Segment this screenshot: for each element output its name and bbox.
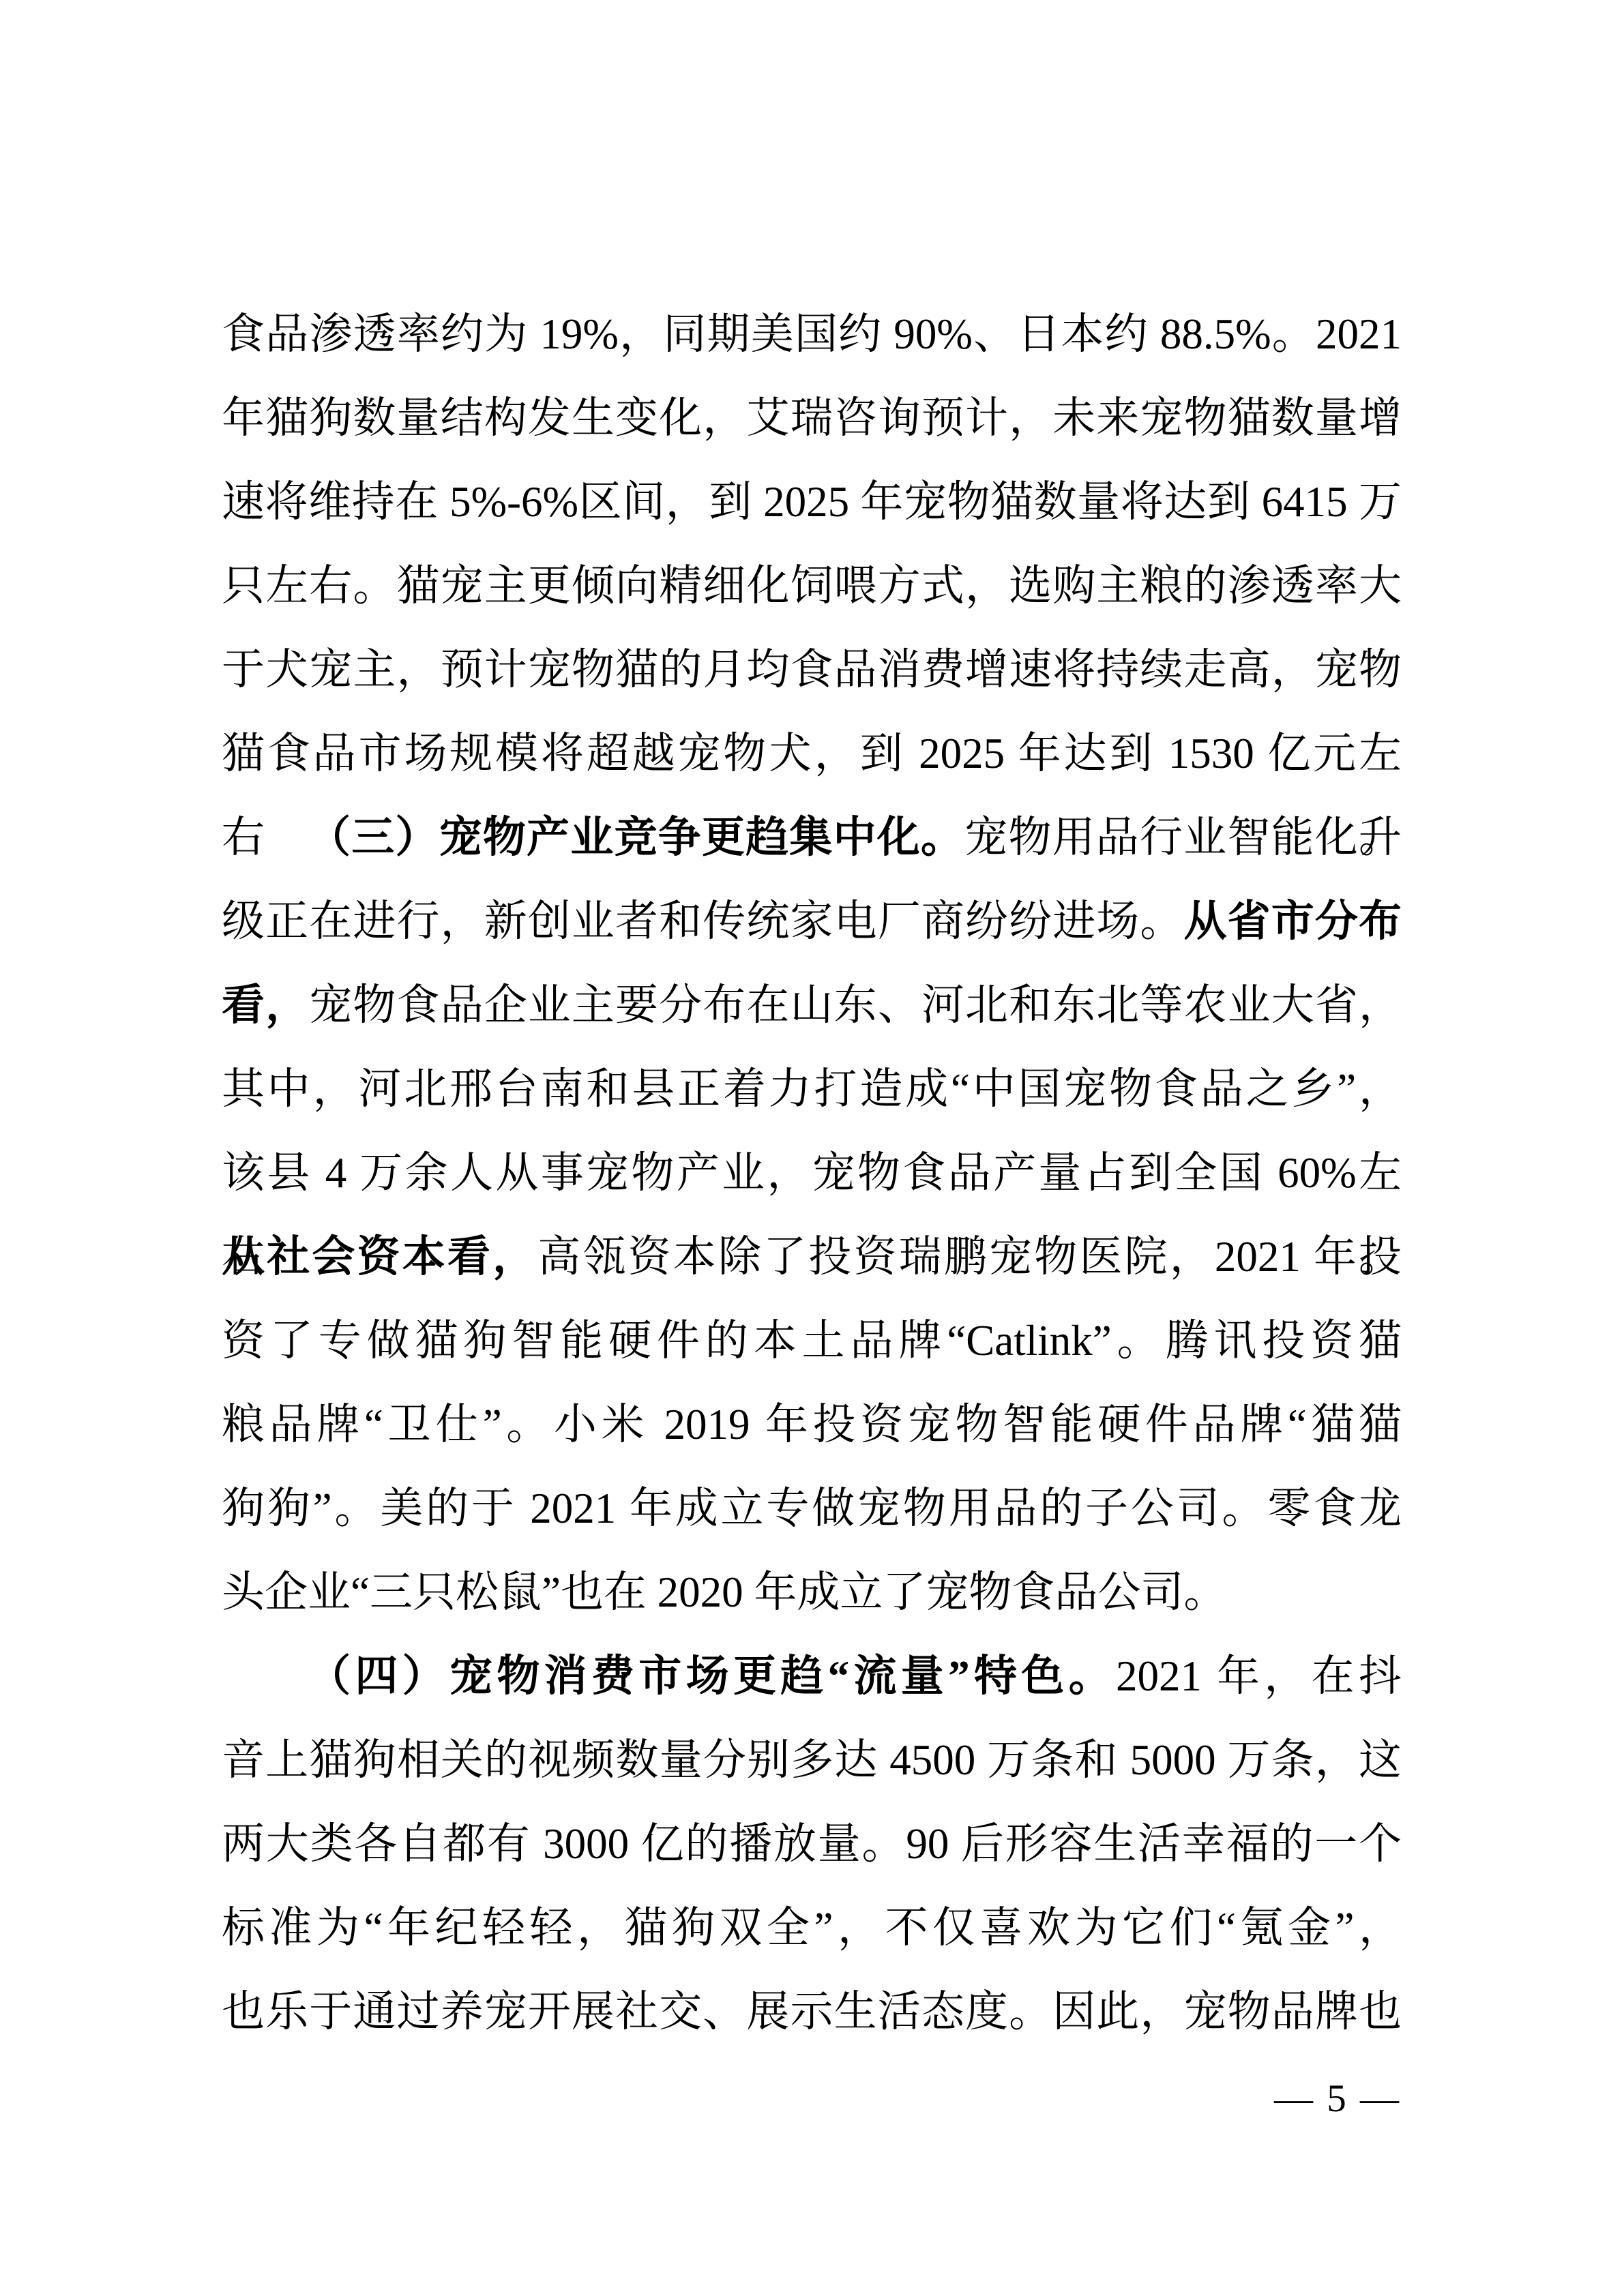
text-segment: 级正在进行，新创业者和传统家电厂商纷纷进场。 bbox=[222, 897, 1184, 945]
document-lines: 食品渗透率约为 19%，同期美国约 90%、日本约 88.5%。2021年猫狗数… bbox=[222, 293, 1402, 2054]
text-line: 年猫狗数量结构发生变化，艾瑞咨询预计，未来宠物猫数量增 bbox=[222, 376, 1402, 460]
text-line: 看，宠物食品企业主要分布在山东、河北和东北等农业大省， bbox=[222, 964, 1402, 1047]
text-segment: 食品渗透率约为 19%，同期美国约 90%、日本约 88.5%。2021 bbox=[222, 310, 1402, 358]
text-segment-bold: （四）宠物消费市场更趋“流量”特色。 bbox=[308, 1652, 1116, 1700]
text-line: 只左右。猫宠主更倾向精细化饲喂方式，选购主粮的渗透率大 bbox=[222, 544, 1402, 628]
text-segment: 宠物用品行业智能化升 bbox=[964, 814, 1402, 861]
text-line: 资了专做猫狗智能硬件的本土品牌“Catlink”。腾讯投资猫 bbox=[222, 1299, 1402, 1383]
text-segment-bold: 看， bbox=[222, 981, 309, 1029]
text-segment: 年猫狗数量结构发生变化，艾瑞咨询预计，未来宠物猫数量增 bbox=[222, 394, 1402, 442]
text-segment: 于犬宠主，预计宠物猫的月均食品消费增速将持续走高，宠物 bbox=[222, 646, 1402, 694]
text-line: 其中，河北邢台南和县正着力打造成“中国宠物食品之乡”， bbox=[222, 1047, 1402, 1131]
text-segment: 高瓴资本除了投资瑞鹏宠物医院，2021 年投 bbox=[537, 1233, 1402, 1281]
page-number: — 5 — bbox=[1274, 2078, 1401, 2119]
text-line: （四）宠物消费市场更趋“流量”特色。2021 年，在抖 bbox=[222, 1635, 1402, 1718]
text-segment-bold: 从省市分布 bbox=[1184, 897, 1402, 945]
text-segment: 资了专做猫狗智能硬件的本土品牌“Catlink”。腾讯投资猫 bbox=[222, 1317, 1402, 1365]
text-segment-bold: 从社会资本看， bbox=[222, 1233, 537, 1281]
text-line: 粮品牌“卫仕”。小米 2019 年投资宠物智能硬件品牌“猫猫 bbox=[222, 1383, 1402, 1467]
text-line: 两大类各自都有 3000 亿的播放量。90 后形容生活幸福的一个 bbox=[222, 1802, 1402, 1886]
text-line: 猫食品市场规模将超越宠物犬，到 2025 年达到 1530 亿元左右。 bbox=[222, 712, 1402, 796]
text-segment: 两大类各自都有 3000 亿的播放量。90 后形容生活幸福的一个 bbox=[222, 1820, 1402, 1868]
text-line: 狗狗”。美的于 2021 年成立专做宠物用品的子公司。零食龙 bbox=[222, 1467, 1402, 1551]
text-line: 头企业“三只松鼠”也在 2020 年成立了宠物食品公司。 bbox=[222, 1551, 1402, 1635]
text-line: 级正在进行，新创业者和传统家电厂商纷纷进场。从省市分布 bbox=[222, 880, 1402, 964]
document-page: 食品渗透率约为 19%，同期美国约 90%、日本约 88.5%。2021年猫狗数… bbox=[0, 0, 1624, 2296]
text-line: 也乐于通过养宠开展社交、展示生活态度。因此，宠物品牌也 bbox=[222, 1970, 1402, 2054]
text-line: 速将维持在 5%-6%区间，到 2025 年宠物猫数量将达到 6415 万 bbox=[222, 460, 1402, 544]
text-segment: 粮品牌“卫仕”。小米 2019 年投资宠物智能硬件品牌“猫猫 bbox=[222, 1401, 1402, 1448]
text-line: 音上猫狗相关的视频数量分别多达 4500 万条和 5000 万条，这 bbox=[222, 1718, 1402, 1802]
text-line: 标准为“年纪轻轻，猫狗双全”，不仅喜欢为它们“氪金”， bbox=[222, 1886, 1402, 1970]
text-segment: 也乐于通过养宠开展社交、展示生活态度。因此，宠物品牌也 bbox=[222, 1988, 1402, 2036]
text-segment: 狗狗”。美的于 2021 年成立专做宠物用品的子公司。零食龙 bbox=[222, 1485, 1402, 1532]
text-line: （三）宠物产业竞争更趋集中化。宠物用品行业智能化升 bbox=[222, 796, 1402, 880]
text-line: 从社会资本看，高瓴资本除了投资瑞鹏宠物医院，2021 年投 bbox=[222, 1215, 1402, 1299]
text-segment: 宠物食品企业主要分布在山东、河北和东北等农业大省， bbox=[309, 981, 1402, 1029]
text-segment: 其中，河北邢台南和县正着力打造成“中国宠物食品之乡”， bbox=[222, 1065, 1402, 1113]
text-segment: 音上猫狗相关的视频数量分别多达 4500 万条和 5000 万条，这 bbox=[222, 1736, 1402, 1784]
text-segment-bold: （三）宠物产业竞争更趋集中化。 bbox=[308, 814, 964, 861]
text-segment: 2021 年，在抖 bbox=[1116, 1652, 1402, 1700]
text-line: 该县 4 万余人从事宠物产业，宠物食品产量占到全国 60%左右。 bbox=[222, 1131, 1402, 1215]
text-segment: 只左右。猫宠主更倾向精细化饲喂方式，选购主粮的渗透率大 bbox=[222, 562, 1402, 610]
text-segment: 头企业“三只松鼠”也在 2020 年成立了宠物食品公司。 bbox=[222, 1568, 1226, 1616]
text-segment: 标准为“年纪轻轻，猫狗双全”，不仅喜欢为它们“氪金”， bbox=[222, 1904, 1402, 1952]
text-line: 食品渗透率约为 19%，同期美国约 90%、日本约 88.5%。2021 bbox=[222, 293, 1402, 376]
text-line: 于犬宠主，预计宠物猫的月均食品消费增速将持续走高，宠物 bbox=[222, 628, 1402, 712]
text-segment: 速将维持在 5%-6%区间，到 2025 年宠物猫数量将达到 6415 万 bbox=[222, 478, 1402, 526]
